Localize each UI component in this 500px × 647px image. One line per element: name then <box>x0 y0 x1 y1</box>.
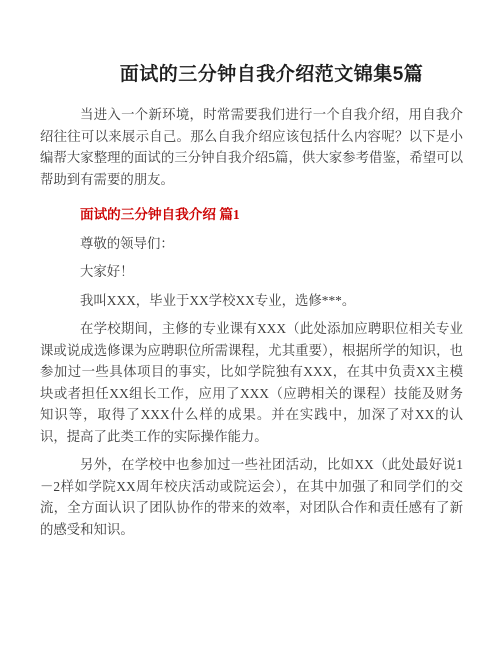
paragraph-greeting: 大家好！ <box>40 261 463 283</box>
section-heading-part1: 面试的三分钟自我介绍 篇1 <box>40 204 463 226</box>
paragraph-salutation: 尊敬的领导们： <box>40 233 463 255</box>
document-title: 面试的三分钟自我介绍范文锦集5篇 <box>40 62 463 87</box>
paragraph-school-experience: 在学校期间，主修的专业课有XXX（此处添加应聘职位相关专业课或说成选修课为应聘职… <box>40 318 463 447</box>
document-page: 面试的三分钟自我介绍范文锦集5篇 当进入一个新环境，时常需要我们进行一个自我介绍… <box>0 0 500 647</box>
intro-paragraph: 当进入一个新环境，时常需要我们进行一个自我介绍，用自我介绍往往可以来展示自己。那… <box>40 104 463 190</box>
paragraph-self-intro: 我叫XXX，毕业于XX学校XX专业，选修***。 <box>40 290 463 312</box>
paragraph-club-activities: 另外，在学校中也参加过一些社团活动，比如XX（此处最好说1－2样如学院XX周年校… <box>40 454 463 540</box>
